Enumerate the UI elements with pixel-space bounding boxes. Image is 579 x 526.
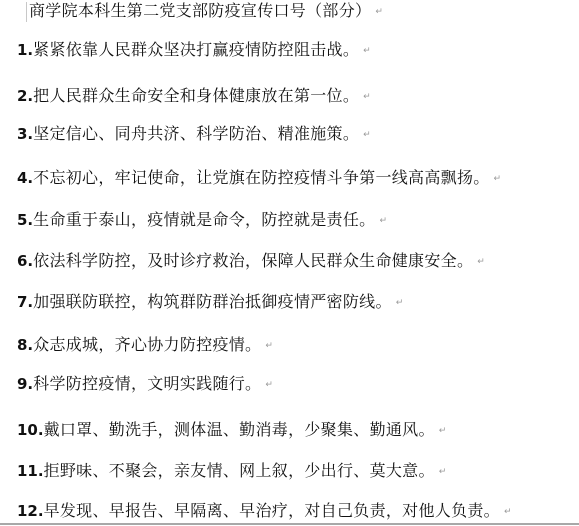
item-number: 7. xyxy=(17,293,33,311)
item-number: 3. xyxy=(17,125,33,143)
paragraph-mark-icon: ↵ xyxy=(494,174,502,184)
text-cursor xyxy=(26,2,27,22)
item-number: 1. xyxy=(17,41,33,59)
paragraph-mark-icon: ↵ xyxy=(477,257,485,267)
slogan-item-1[interactable]: 1.紧紧依靠人民群众坚决打赢疫情防控阻击战。↵ xyxy=(17,40,371,60)
page-bottom-border xyxy=(0,523,579,525)
paragraph-mark-icon: ↵ xyxy=(439,426,447,436)
slogan-item-11[interactable]: 11.拒野味、不聚会，亲友情、网上叙，少出行、莫大意。↵ xyxy=(17,461,446,481)
paragraph-mark-icon: ↵ xyxy=(504,507,512,517)
item-text: 依法科学防控，及时诊疗救治，保障人民群众生命健康安全。 xyxy=(33,251,473,270)
paragraph-mark-icon: ↵ xyxy=(379,216,387,226)
item-number: 8. xyxy=(17,336,33,354)
item-number: 9. xyxy=(17,375,33,393)
document-title[interactable]: 商学院本科生第二党支部防疫宣传口号（部分）↵ xyxy=(29,1,383,21)
item-number: 11. xyxy=(17,462,44,480)
item-text: 加强联防联控，构筑群防群治抵御疫情严密防线。 xyxy=(33,292,392,311)
slogan-item-7[interactable]: 7.加强联防联控，构筑群防群治抵御疫情严密防线。↵ xyxy=(17,292,403,312)
item-text: 把人民群众生命安全和身体健康放在第一位。 xyxy=(33,86,359,105)
item-text: 早发现、早报告、早隔离、早治疗，对自己负责，对他人负责。 xyxy=(44,501,500,520)
item-text: 坚定信心、同舟共济、科学防治、精准施策。 xyxy=(33,124,359,143)
item-number: 4. xyxy=(17,169,33,187)
item-text: 生命重于泰山，疫情就是命令，防控就是责任。 xyxy=(33,210,375,229)
item-number: 12. xyxy=(17,502,44,520)
paragraph-mark-icon: ↵ xyxy=(363,92,371,102)
paragraph-mark-icon: ↵ xyxy=(265,380,273,390)
item-text: 紧紧依靠人民群众坚决打赢疫情防控阻击战。 xyxy=(33,40,359,59)
slogan-item-5[interactable]: 5.生命重于泰山，疫情就是命令，防控就是责任。↵ xyxy=(17,210,387,230)
item-number: 6. xyxy=(17,252,33,270)
paragraph-mark-icon: ↵ xyxy=(439,467,447,477)
item-text: 拒野味、不聚会，亲友情、网上叙，少出行、莫大意。 xyxy=(44,461,435,480)
slogan-item-6[interactable]: 6.依法科学防控，及时诊疗救治，保障人民群众生命健康安全。↵ xyxy=(17,251,485,271)
slogan-item-9[interactable]: 9.科学防控疫情，文明实践随行。↵ xyxy=(17,374,273,394)
item-text: 戴口罩、勤洗手，测体温、勤消毒，少聚集、勤通风。 xyxy=(44,420,435,439)
paragraph-mark-icon: ↵ xyxy=(375,7,383,17)
item-text: 众志成城，齐心协力防控疫情。 xyxy=(33,335,261,354)
item-number: 10. xyxy=(17,421,44,439)
slogan-item-2[interactable]: 2.把人民群众生命安全和身体健康放在第一位。↵ xyxy=(17,86,371,106)
slogan-item-4[interactable]: 4.不忘初心，牢记使命，让党旗在防控疫情斗争第一线高高飘扬。↵ xyxy=(17,168,501,188)
item-number: 2. xyxy=(17,87,33,105)
title-text: 商学院本科生第二党支部防疫宣传口号（部分） xyxy=(29,1,371,20)
paragraph-mark-icon: ↵ xyxy=(363,130,371,140)
paragraph-mark-icon: ↵ xyxy=(363,46,371,56)
slogan-item-8[interactable]: 8.众志成城，齐心协力防控疫情。↵ xyxy=(17,335,273,355)
item-text: 不忘初心，牢记使命，让党旗在防控疫情斗争第一线高高飘扬。 xyxy=(33,168,489,187)
slogan-item-10[interactable]: 10.戴口罩、勤洗手，测体温、勤消毒，少聚集、勤通风。↵ xyxy=(17,420,446,440)
slogan-item-12[interactable]: 12.早发现、早报告、早隔离、早治疗，对自己负责，对他人负责。↵ xyxy=(17,501,512,521)
document-page: 商学院本科生第二党支部防疫宣传口号（部分）↵ 1.紧紧依靠人民群众坚决打赢疫情防… xyxy=(0,0,579,523)
paragraph-mark-icon: ↵ xyxy=(265,341,273,351)
item-number: 5. xyxy=(17,211,33,229)
paragraph-mark-icon: ↵ xyxy=(396,298,404,308)
item-text: 科学防控疫情，文明实践随行。 xyxy=(33,374,261,393)
slogan-item-3[interactable]: 3.坚定信心、同舟共济、科学防治、精准施策。↵ xyxy=(17,124,371,144)
